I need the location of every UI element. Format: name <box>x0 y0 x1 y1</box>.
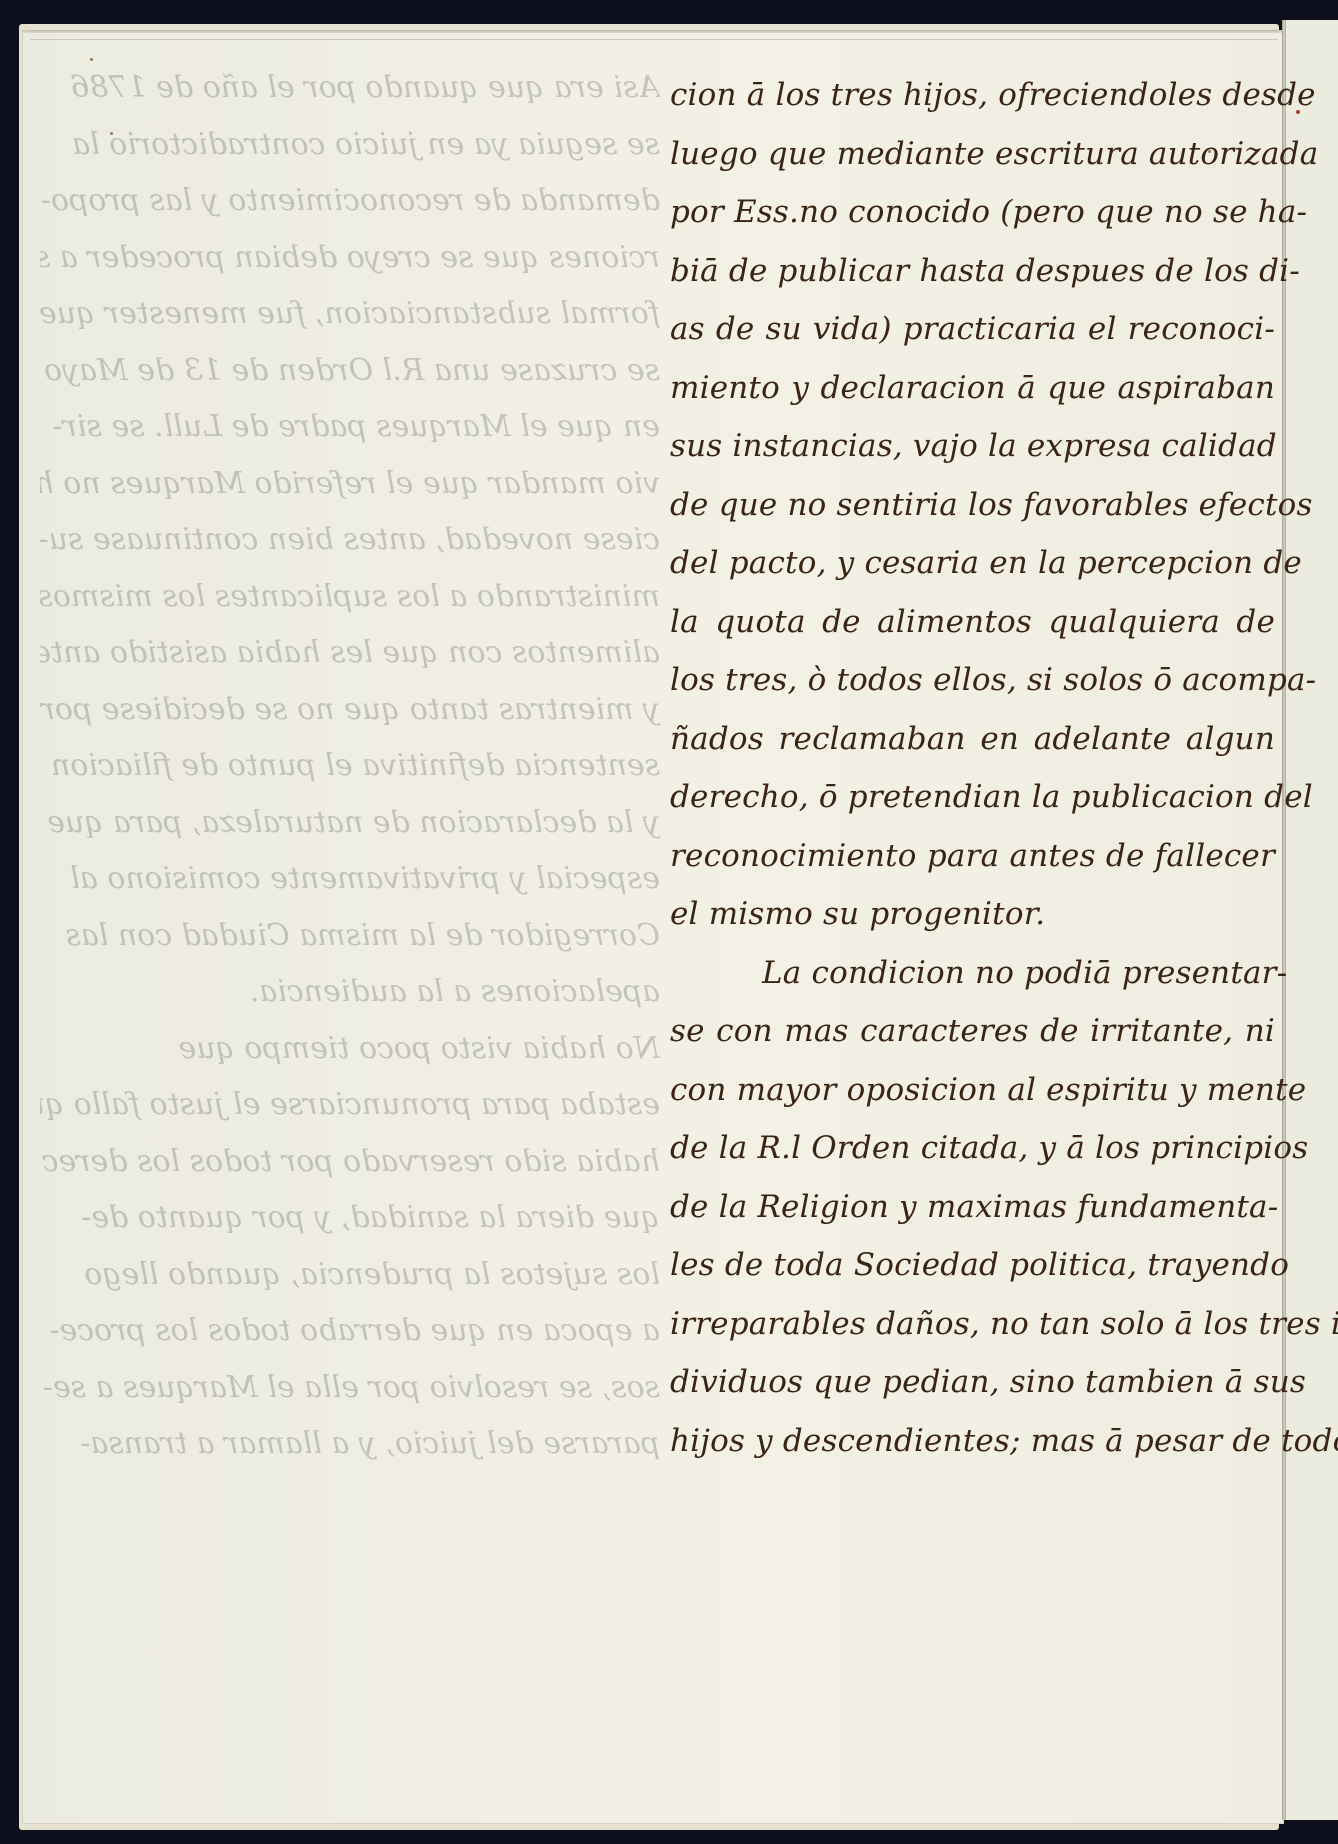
bleed-line: y mientras tanto que no se decidiese por <box>40 682 660 739</box>
ink-speck <box>1208 150 1211 153</box>
text-line: de que no sentiria los favorables efecto… <box>670 476 1275 535</box>
bleed-line: habia sido reservado por todos los derec… <box>40 1134 660 1191</box>
bleed-line: ministrando a los suplicantes los mismos <box>40 569 660 626</box>
ink-speck <box>110 132 113 135</box>
bleed-through-text: Asi era que quando por el año de 1786 se… <box>40 60 660 1473</box>
text-line: se con mas caracteres de irritante, ni <box>670 1002 1275 1061</box>
bleed-line: Asi era que quando por el año de 1786 <box>40 60 660 117</box>
bleed-line: estaba para pronunciarse el justo fallo … <box>40 1077 660 1134</box>
scanned-manuscript: Asi era que quando por el año de 1786 se… <box>0 0 1338 1844</box>
text-line: derecho, ō pretendian la publicacion del <box>670 768 1275 827</box>
text-line: por Ess.no conocido (pero que no se ha- <box>670 183 1275 242</box>
text-line: miento y declaracion ā que aspiraban <box>670 359 1275 418</box>
bleed-line: en que el Marques padre de Lull. se sir- <box>40 399 660 456</box>
bleed-line: los sujetos la prudencia, quando llego <box>40 1247 660 1304</box>
text-line: con mayor oposicion al espiritu y mente <box>670 1061 1275 1120</box>
text-line: dividuos que pedian, sino tambien ā sus <box>670 1353 1275 1412</box>
bleed-line: especial y privativamente comisiono al <box>40 851 660 908</box>
bleed-line: rciones que se creyo debian proceder a s… <box>40 230 660 287</box>
text-line: reconocimiento para antes de fallecer <box>670 827 1275 886</box>
bleed-line: No habia visto poco tiempo que <box>40 1021 660 1078</box>
bleed-line: apelaciones a la audiencia. <box>40 964 660 1021</box>
text-line: luego que mediante escritura autorizada <box>670 125 1275 184</box>
text-line: les de toda Sociedad politica, trayendo <box>670 1236 1275 1295</box>
bleed-line: demanda de reconocimiento y las propo- <box>40 173 660 230</box>
bleed-line: que diera la sanidad, y por quanto de- <box>40 1190 660 1247</box>
bleed-line: y la declaracion de naturaleza, para que <box>40 795 660 852</box>
bleed-line: vio mandar que el referido Marques no hi… <box>40 456 660 513</box>
text-line: los tres, ò todos ellos, si solos ō acom… <box>670 651 1275 710</box>
bleed-line: sos, se resolvio por ella el Marques a s… <box>40 1360 660 1417</box>
text-line: hijos y descendientes; mas ā pesar de to… <box>670 1412 1275 1471</box>
text-line: sus instancias, vajo la expresa calidad <box>670 417 1275 476</box>
page-gutter <box>1282 20 1285 1820</box>
handwritten-text: cion ā los tres hijos, ofreciendoles des… <box>670 66 1275 1470</box>
bleed-line: sentencia definitiva el punto de filiaci… <box>40 738 660 795</box>
text-line: de la Religion y maximas fundamenta- <box>670 1178 1275 1237</box>
adjacent-page-edge <box>1284 20 1338 1820</box>
text-line: ñados reclamaban en adelante algun <box>670 710 1275 769</box>
text-line: cion ā los tres hijos, ofreciendoles des… <box>670 66 1275 125</box>
bleed-line: formal substanciacion, fue menester que <box>40 286 660 343</box>
bleed-line: Corregidor de la misma Ciudad con las <box>40 908 660 965</box>
bleed-line: alimentos con que les habia asistido ant… <box>40 625 660 682</box>
bleed-line: a epoca en que derrabo todos los proce- <box>40 1303 660 1360</box>
text-line: del pacto, y cesaria en la percepcion de <box>670 534 1275 593</box>
page-top-edge-lines <box>30 30 1278 40</box>
text-line: la quota de alimentos qualquiera de <box>670 593 1275 652</box>
text-line: as de su vida) practicaria el reconoci- <box>670 300 1275 359</box>
bleed-line: se cruzase una R.l Orden de 13 de Mayo <box>40 343 660 400</box>
text-line: biā de publicar hasta despues de los di- <box>670 242 1275 301</box>
ink-speck <box>768 1090 771 1093</box>
text-line: irreparables daños, no tan solo ā los tr… <box>670 1295 1275 1354</box>
text-line-paragraph-end: el mismo su progenitor. <box>670 885 1275 944</box>
bleed-line: pararse del juicio, y a llamar a transa- <box>40 1416 660 1473</box>
text-line: de la R.l Orden citada, y ā los principi… <box>670 1119 1275 1178</box>
bleed-line: ciese novedad, antes bien continuase su- <box>40 512 660 569</box>
text-line-paragraph-start: La condicion no podiā presentar- <box>670 944 1275 1003</box>
ink-speck <box>90 58 93 61</box>
bleed-line: se seguia ya en juicio contradictorio la <box>40 117 660 174</box>
